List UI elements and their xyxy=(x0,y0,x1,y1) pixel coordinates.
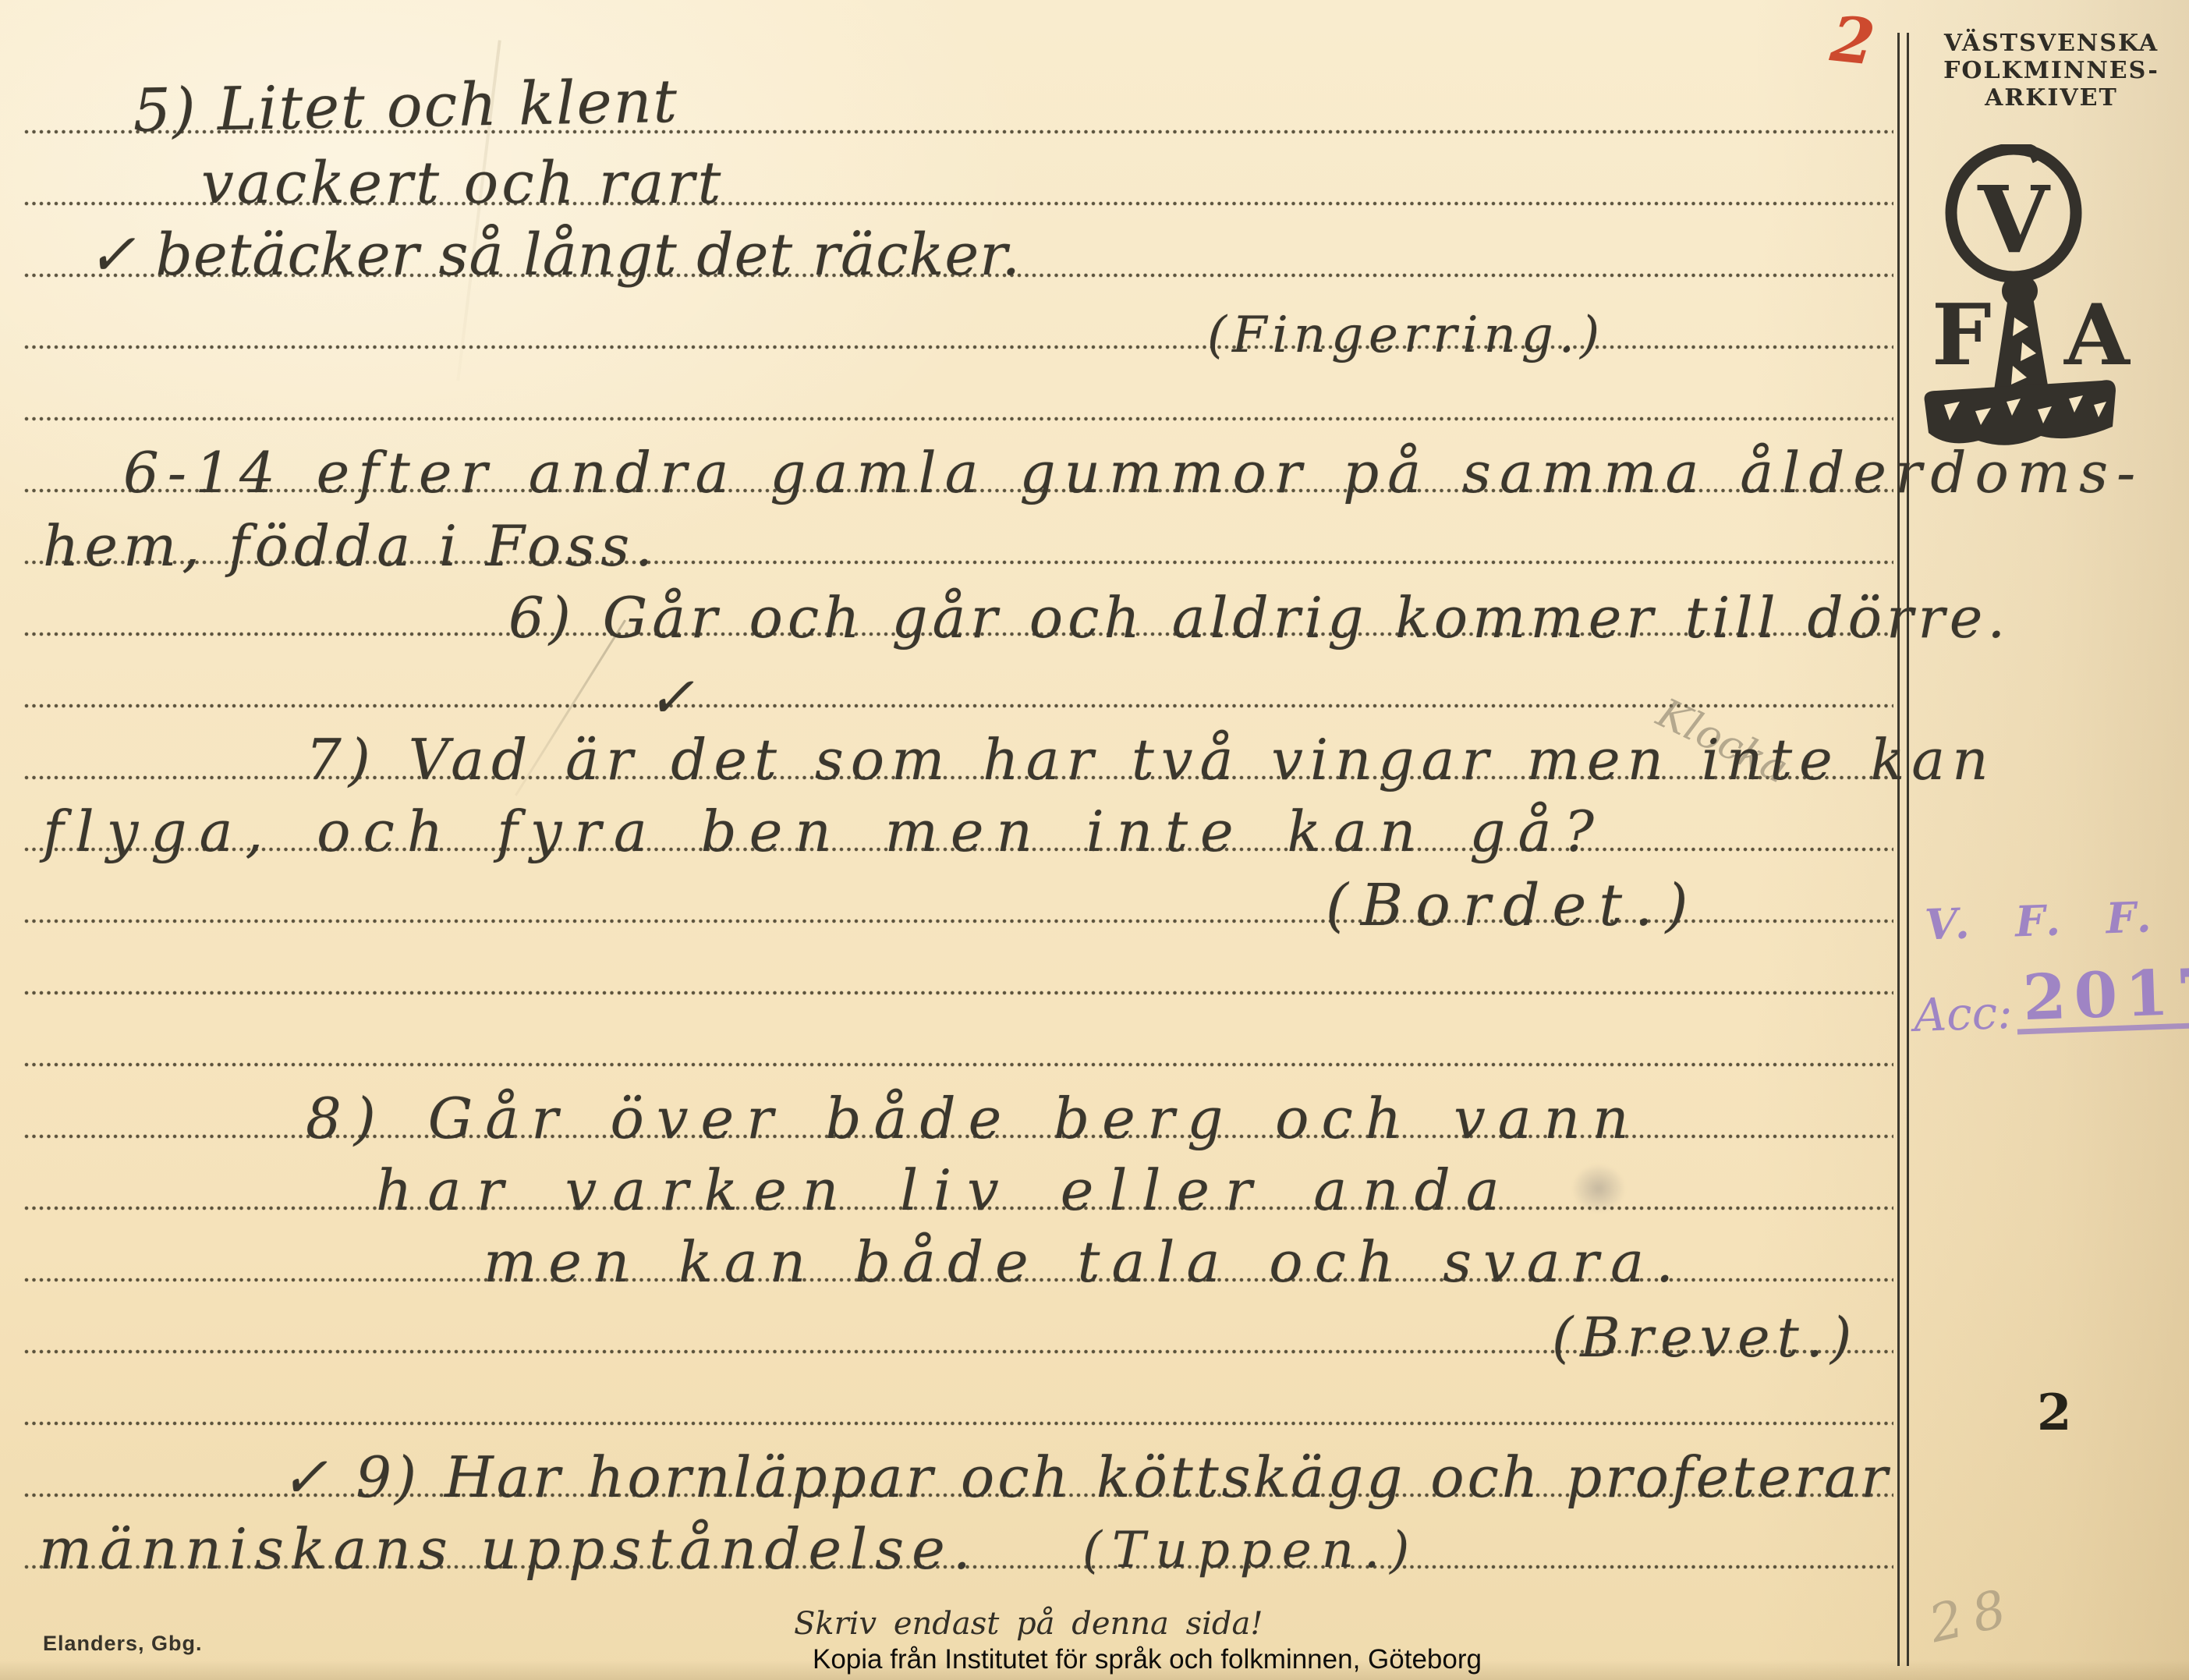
riddle-8-line-3: men kan både tala och svara. xyxy=(483,1234,1685,1290)
riddle-8-line-2: har varken liv eller anda xyxy=(376,1162,1515,1218)
riddle-5-line-3: ✓ betäcker så långt det räcker. xyxy=(87,226,1021,284)
riddle-9-line-2: människans uppståndelse. xyxy=(39,1521,979,1577)
printed-page-number: 2 xyxy=(2037,1388,2072,1438)
riddle-9-line-1: ✓ 9) Har hornläppar och köttskägg och pr… xyxy=(281,1449,1891,1505)
accession-stamp: V. F. F. Acc: 2017 xyxy=(1910,891,2187,1038)
stamp-acc-label: Acc: xyxy=(1913,990,2013,1038)
archive-name-line1: VÄSTSVENSKA xyxy=(1917,30,2186,57)
ink-smudge xyxy=(1571,1164,1626,1214)
manuscript-page: 2 VÄSTSVENSKA FOLKMINNES- ARKIVET V F A xyxy=(0,0,2189,1680)
riddle-7-line-2: flyga, och fyra ben men inte kan gå? xyxy=(43,803,1606,859)
archive-name-line2: FOLKMINNES- xyxy=(1917,57,2186,84)
riddle-5-line-1: 5) Litet och klent xyxy=(133,72,679,140)
logo-letter-a: A xyxy=(2063,286,2131,385)
stamp-acc-number: 2017 xyxy=(2016,961,2189,1035)
printer-imprint: Elanders, Gbg. xyxy=(43,1632,203,1656)
note-6-14-line-2: hem, födda i Foss. xyxy=(43,518,658,574)
print-instruction: Skriv endast på denna sida! xyxy=(794,1608,1263,1639)
logo-letter-f: F xyxy=(1932,286,1992,385)
answer-bordet: (Bordet.) xyxy=(1326,877,1700,934)
riddle-5-line-2: vackert och rart xyxy=(201,154,724,212)
margin-double-rule xyxy=(1897,33,1909,1666)
thors-hammer-logo-icon: V F A xyxy=(1914,144,2172,480)
archive-name-line3: ARKIVET xyxy=(1917,84,2186,112)
logo-letter-v: V xyxy=(1977,165,2051,274)
pencil-archive-number: 28 xyxy=(1925,1581,2021,1650)
answer-brevet: (Brevet.) xyxy=(1552,1310,1858,1365)
copy-attribution: Kopia från Institutet för språk och folk… xyxy=(813,1646,1482,1673)
riddle-8-line-1: 8) Går över både berg och vann xyxy=(306,1090,1641,1147)
riddle-7-line-1: 7) Vad är det som har två vingar men int… xyxy=(306,732,1996,788)
answer-fingerring: (Fingerring.) xyxy=(1207,310,1605,360)
answer-tuppen: (Tuppen.) xyxy=(1082,1526,1419,1575)
riddle-6-line-1: 6) Går och går och aldrig kommer till dö… xyxy=(508,590,2010,646)
archive-name: VÄSTSVENSKA FOLKMINNES- ARKIVET xyxy=(1917,30,2186,112)
note-6-14-line-1: 6-14 efter andra gamla gummor på samma å… xyxy=(123,445,2144,501)
stamp-vff: V. F. F. xyxy=(1910,891,2184,950)
check-mark: ✓ xyxy=(647,669,694,725)
red-folio-number: 2 xyxy=(1828,7,1878,73)
